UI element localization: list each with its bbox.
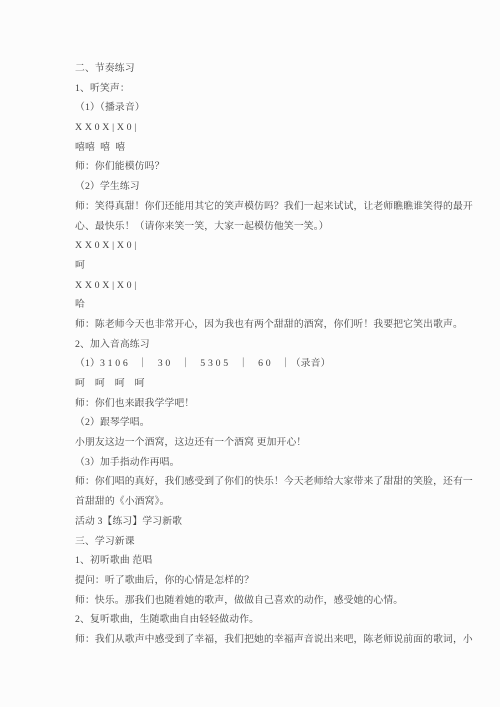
text-line: X X 0 X | X 0 | (75, 276, 471, 296)
text-line: （2）学生练习 (75, 177, 471, 197)
text-line: 师：陈老师今天也非常开心，因为我也有两个甜甜的酒窝，你们听！我要把它笑出歌声。 (75, 315, 471, 335)
text-line: 小朋友这边一个酒窝，这边还有一个酒窝 更加开心！ (75, 433, 471, 453)
text-line: X X 0 X | X 0 | (75, 236, 471, 256)
text-line: 师：你们也来跟我学学吧！ (75, 394, 471, 414)
text-line: 提问：听了歌曲后，你的心情是怎样的？ (75, 571, 471, 591)
document-page: 二、节奏练习1、听笑声：（1）（播录音）X X 0 X | X 0 |嘻嘻 嘻 … (0, 0, 500, 707)
text-line: （2）跟琴学唱。 (75, 413, 471, 433)
text-line: 师：你们能模仿吗？ (75, 157, 471, 177)
text-line: 师：笑得真甜！你们还能用其它的笑声模仿吗？我们一起来试试，让老师瞧瞧谁笑得的最开 (75, 197, 471, 217)
text-line: 1、听笑声： (75, 79, 471, 99)
text-line: 2、复听歌曲，生随歌曲自由轻轻做动作。 (75, 610, 471, 630)
text-line: 呵 (75, 256, 471, 276)
text-line: 师：快乐。那我们也随着她的歌声，做做自己喜欢的动作，感受她的心情。 (75, 591, 471, 611)
text-line: （1）（播录音） (75, 98, 471, 118)
text-line: 嘻嘻 嘻 嘻 (75, 138, 471, 158)
text-line: 2、加入音高练习 (75, 335, 471, 355)
text-line: （3）加手指动作再唱。 (75, 453, 471, 473)
text-line: X X 0 X | X 0 | (75, 118, 471, 138)
text-line: 三、学习新课 (75, 532, 471, 552)
text-line: 首甜甜的《小酒窝》。 (75, 492, 471, 512)
text-line: 1、初听歌曲 范唱 (75, 551, 471, 571)
text-line: 二、节奏练习 (75, 59, 471, 79)
text-line: 师：我们从歌声中感受到了幸福，我们把她的幸福声音说出来吧，陈老师说前面的歌词，小 (75, 630, 471, 650)
text-line: 活动 3【练习】学习新歌 (75, 512, 471, 532)
document-lines: 二、节奏练习1、听笑声：（1）（播录音）X X 0 X | X 0 |嘻嘻 嘻 … (75, 59, 471, 650)
text-line: 师：你们唱的真好，我们感受到了你们的快乐！今天老师给大家带来了甜甜的笑脸，还有一 (75, 472, 471, 492)
text-line: 哈 (75, 295, 471, 315)
text-line: 呵 呵 呵 呵 (75, 374, 471, 394)
text-line: （1）3 1 0 6 ｜ 3 0 ｜ 5 3 0 5 ｜ 6 0 ｜（录音） (75, 354, 471, 374)
text-line: 心、最快乐！（请你来笑一笑，大家一起模仿他笑一笑。） (75, 217, 471, 237)
